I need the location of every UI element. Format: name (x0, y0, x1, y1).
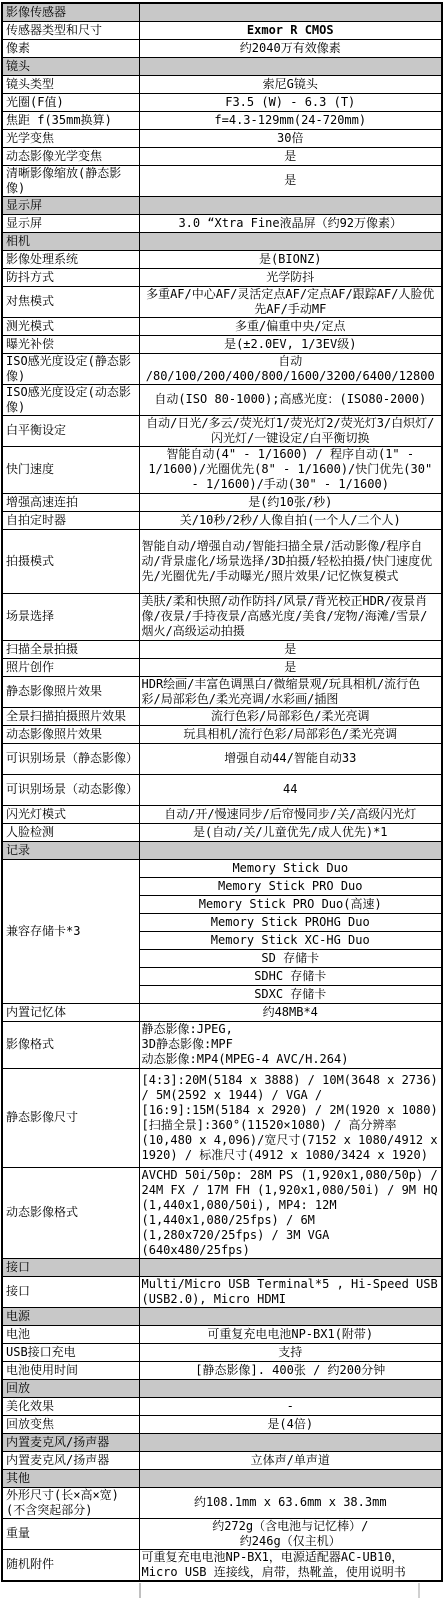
spec-row: 随机附件可重复充电电池NP-BX1，电源适配器AC-UB10，Micro USB… (2, 1549, 442, 1581)
section-header: 相机 (2, 232, 139, 250)
spec-value: SD 存储卡 (139, 949, 442, 967)
spec-label: 光学变焦 (2, 129, 139, 147)
spec-value: 是(4倍) (139, 1415, 442, 1433)
spec-label: 可识别场景（静态影像） (2, 743, 139, 774)
spec-value: F3.5 (W) - 6.3 (T) (139, 93, 442, 111)
spec-value: 约2040万有效像素 (139, 39, 442, 57)
spec-label: 影像格式 (2, 1021, 139, 1068)
spec-row: 美化效果- (2, 1397, 442, 1415)
spec-value: 是 (139, 165, 442, 196)
spec-label: 随机附件 (2, 1549, 139, 1581)
spec-value: Exmor R CMOS (139, 21, 442, 39)
spec-label: 像素 (2, 39, 139, 57)
spec-value: 可重复充电电池NP-BX1，电源适配器AC-UB10，Micro USB 连接线… (139, 1549, 442, 1581)
spec-value: 智能自动/增强自动/智能扫描全景/活动影像/程序自动/背景虚化/场景选择/3D拍… (139, 529, 442, 593)
spec-row: 对焦模式多重AF/中心AF/灵活定点AF/定点AF/跟踪AF/人脸优先AF/手动… (2, 286, 442, 317)
spec-label: 增强高速连拍 (2, 493, 139, 511)
spec-value: 约48MB*4 (139, 1003, 442, 1021)
section-header-spacer (139, 57, 442, 75)
camera-spec-page: 影像传感器传感器类型和尺寸Exmor R CMOS像素约2040万有效像素镜头镜… (0, 0, 445, 1600)
spec-row: 内置麦克风/扬声器立体声/单声道 (2, 1451, 442, 1469)
spec-label: 可识别场景（动态影像） (2, 774, 139, 805)
spec-value: [4:3]:20M(5184 x 3888) / 10M(3648 x 2736… (139, 1068, 442, 1167)
spec-label: 显示屏 (2, 214, 139, 232)
spec-value: 多重/偏重中央/定点 (139, 317, 442, 335)
spec-value: 是 (139, 640, 442, 658)
spec-group-row: 兼容存储卡*3Memory Stick Duo (2, 859, 442, 877)
spec-row: 人脸检测是(自动/关/儿童优先/成人优先)*1 (2, 823, 442, 841)
spec-row: 曝光补偿是(±2.0EV, 1/3EV级) (2, 335, 442, 353)
spec-value: Multi/Micro USB Terminal*5 , Hi-Speed US… (139, 1276, 442, 1307)
spec-value: 多重AF/中心AF/灵活定点AF/定点AF/跟踪AF/人脸优先AF/手动MF (139, 286, 442, 317)
spec-row: 重量约272g（含电池与记忆棒）/ 约246g（仅主机） (2, 1518, 442, 1549)
spec-value: HDR绘画/丰富色调黑白/微缩景观/玩具相机/流行色彩/局部彩色/柔光亮调/水彩… (139, 676, 442, 707)
spec-label: 静态影像照片效果 (2, 676, 139, 707)
section-header: 影像传感器 (2, 3, 139, 21)
spec-value: 44 (139, 774, 442, 805)
spec-value: Memory Stick PRO Duo(高速) (139, 895, 442, 913)
spec-row: 快门速度智能自动(4" - 1/1600) / 程序自动(1" - 1/1600… (2, 446, 442, 493)
spec-value: 立体声/单声道 (139, 1451, 442, 1469)
spec-label: 光圈(F值) (2, 93, 139, 111)
spec-value: 自动/日光/多云/荧光灯1/荧光灯2/荧光灯3/白炽灯/闪光灯/一键设定/白平衡… (139, 415, 442, 446)
spec-row: 外形尺寸(长×高×宽)(不含突起部分)约108.1mm x 63.6mm x 3… (2, 1487, 442, 1518)
spec-row: 电池使用时间[静态影像]. 400张 / 约200分钟 (2, 1361, 442, 1379)
camera-spec-table: 影像传感器传感器类型和尺寸Exmor R CMOS像素约2040万有效像素镜头镜… (1, 2, 443, 1582)
spec-row: 闪光灯模式自动/开/慢速同步/后帘慢同步/关/高级闪光灯 (2, 805, 442, 823)
spec-label: 动态影像照片效果 (2, 725, 139, 743)
section-header: 记录 (2, 841, 139, 859)
spec-label: USB接口充电 (2, 1343, 139, 1361)
spec-row: 传感器类型和尺寸Exmor R CMOS (2, 21, 442, 39)
spec-value: 是(自动/关/儿童优先/成人优先)*1 (139, 823, 442, 841)
spec-value: Memory Stick XC-HG Duo (139, 931, 442, 949)
spec-row: ISO感光度设定(静态影像)自动 /80/100/200/400/800/160… (2, 353, 442, 384)
spec-value: 美肤/柔和快照/动作防抖/风景/背光校正HDR/夜景肖像/夜景/手持夜景/高感光… (139, 593, 442, 640)
spec-value: - (139, 1397, 442, 1415)
section-row: 内置麦克风/扬声器 (2, 1433, 442, 1451)
spec-row: 动态影像格式AVCHD 50i/50p: 28M PS (1,920x1,080… (2, 1167, 442, 1258)
spec-label: 传感器类型和尺寸 (2, 21, 139, 39)
spec-row: 光学变焦30倍 (2, 129, 442, 147)
spec-label: 内置麦克风/扬声器 (2, 1451, 139, 1469)
spec-label: 重量 (2, 1518, 139, 1549)
spec-row: 可识别场景（静态影像）增强自动44/智能自动33 (2, 743, 442, 774)
spec-label: 内置记忆体 (2, 1003, 139, 1021)
spec-row: 接口Multi/Micro USB Terminal*5 , Hi-Speed … (2, 1276, 442, 1307)
section-header: 电源 (2, 1307, 139, 1325)
spec-label: 镜头类型 (2, 75, 139, 93)
section-row: 回放 (2, 1379, 442, 1397)
spec-table-body: 影像传感器传感器类型和尺寸Exmor R CMOS像素约2040万有效像素镜头镜… (2, 3, 442, 1581)
section-header-spacer (139, 3, 442, 21)
spec-label: ISO感光度设定(静态影像) (2, 353, 139, 384)
section-header-spacer (139, 232, 442, 250)
spec-value: 增强自动44/智能自动33 (139, 743, 442, 774)
spec-row: 光圈(F值)F3.5 (W) - 6.3 (T) (2, 93, 442, 111)
spec-label: 静态影像尺寸 (2, 1068, 139, 1167)
spec-label: 接口 (2, 1276, 139, 1307)
section-header-spacer (139, 1379, 442, 1397)
spec-row: 静态影像照片效果HDR绘画/丰富色调黑白/微缩景观/玩具相机/流行色彩/局部彩色… (2, 676, 442, 707)
spec-value: 自动(ISO 80-1000);高感光度：(ISO80-2000) (139, 384, 442, 415)
spec-value: 是 (139, 147, 442, 165)
section-header-spacer (139, 1307, 442, 1325)
section-header-spacer (139, 1258, 442, 1276)
section-header-spacer (139, 1469, 442, 1487)
spec-value: Memory Stick PROHG Duo (139, 913, 442, 931)
section-row: 接口 (2, 1258, 442, 1276)
section-row: 相机 (2, 232, 442, 250)
spec-value: 智能自动(4" - 1/1600) / 程序自动(1" - 1/1600)/光圈… (139, 446, 442, 493)
spec-row: 动态影像光学变焦是 (2, 147, 442, 165)
spec-label: 美化效果 (2, 1397, 139, 1415)
spec-value: 静态影像:JPEG, 3D静态影像:MPF 动态影像:MP4(MPEG-4 AV… (139, 1021, 442, 1068)
spec-row: 内置记忆体约48MB*4 (2, 1003, 442, 1021)
spec-value: Memory Stick PRO Duo (139, 877, 442, 895)
spec-label: 人脸检测 (2, 823, 139, 841)
spec-row: 全景扫描拍摄照片效果流行色彩/局部彩色/柔光亮调 (2, 707, 442, 725)
spec-value: SDHC 存储卡 (139, 967, 442, 985)
spec-row: 自拍定时器关/10秒/2秒/人像自拍(一个人/二个人) (2, 511, 442, 529)
spec-label: 拍摄模式 (2, 529, 139, 593)
spec-label: 影像处理系统 (2, 250, 139, 268)
spec-label: 快门速度 (2, 446, 139, 493)
spec-value: AVCHD 50i/50p: 28M PS (1,920x1,080/50p) … (139, 1167, 442, 1258)
spec-row: 镜头类型索尼G镜头 (2, 75, 442, 93)
spec-row: 影像处理系统是(BIONZ) (2, 250, 442, 268)
spec-value: 可重复充电电池NP-BX1(附带) (139, 1325, 442, 1343)
spec-value: f=4.3-129mm(24-720mm) (139, 111, 442, 129)
spec-label: 照片创作 (2, 658, 139, 676)
section-header: 内置麦克风/扬声器 (2, 1433, 139, 1451)
section-row: 电源 (2, 1307, 442, 1325)
spec-value: 流行色彩/局部彩色/柔光亮调 (139, 707, 442, 725)
spec-value: 是(±2.0EV, 1/3EV级) (139, 335, 442, 353)
spec-value: 是 (139, 658, 442, 676)
spec-value: 光学防抖 (139, 268, 442, 286)
spec-value: 自动/开/慢速同步/后帘慢同步/关/高级闪光灯 (139, 805, 442, 823)
section-header: 回放 (2, 1379, 139, 1397)
section-header: 其他 (2, 1469, 139, 1487)
section-row: 记录 (2, 841, 442, 859)
spec-value: 约272g（含电池与记忆棒）/ 约246g（仅主机） (139, 1518, 442, 1549)
spec-label: 动态影像光学变焦 (2, 147, 139, 165)
spec-label: 电池 (2, 1325, 139, 1343)
spec-label: 防抖方式 (2, 268, 139, 286)
spec-row: USB接口充电支持 (2, 1343, 442, 1361)
spec-row: 焦距 f(35mm换算)f=4.3-129mm(24-720mm) (2, 111, 442, 129)
spec-label: 兼容存储卡*3 (2, 859, 139, 1003)
spec-value: 是(约10张/秒) (139, 493, 442, 511)
spec-row: 测光模式多重/偏重中央/定点 (2, 317, 442, 335)
spec-label: 白平衡设定 (2, 415, 139, 446)
spec-label: 扫描全景拍摄 (2, 640, 139, 658)
section-header-spacer (139, 196, 442, 214)
section-row: 镜头 (2, 57, 442, 75)
spec-label: 动态影像格式 (2, 1167, 139, 1258)
spec-label: 外形尺寸(长×高×宽)(不含突起部分) (2, 1487, 139, 1518)
spec-row: 像素约2040万有效像素 (2, 39, 442, 57)
spec-row: 扫描全景拍摄是 (2, 640, 442, 658)
spec-label: 回放变焦 (2, 1415, 139, 1433)
spec-label: 对焦模式 (2, 286, 139, 317)
spec-row: 白平衡设定自动/日光/多云/荧光灯1/荧光灯2/荧光灯3/白炽灯/闪光灯/一键设… (2, 415, 442, 446)
spec-row: 照片创作是 (2, 658, 442, 676)
spec-row: 增强高速连拍是(约10张/秒) (2, 493, 442, 511)
section-row: 影像传感器 (2, 3, 442, 21)
spec-row: 电池可重复充电电池NP-BX1(附带) (2, 1325, 442, 1343)
spec-label: ISO感光度设定(动态影像) (2, 384, 139, 415)
spec-row: 动态影像照片效果玩具相机/流行色彩/局部彩色/柔光亮调 (2, 725, 442, 743)
section-header: 显示屏 (2, 196, 139, 214)
spec-label: 场景选择 (2, 593, 139, 640)
spec-label: 自拍定时器 (2, 511, 139, 529)
spec-label: 电池使用时间 (2, 1361, 139, 1379)
spec-label: 曝光补偿 (2, 335, 139, 353)
spec-value: 是(BIONZ) (139, 250, 442, 268)
table-continuation-stub (1, 1582, 443, 1600)
spec-value: 玩具相机/流行色彩/局部彩色/柔光亮调 (139, 725, 442, 743)
spec-row: 影像格式静态影像:JPEG, 3D静态影像:MPF 动态影像:MP4(MPEG-… (2, 1021, 442, 1068)
spec-row: 回放变焦是(4倍) (2, 1415, 442, 1433)
section-header-spacer (139, 841, 442, 859)
spec-value: 3.0 “Xtra Fine液晶屏（约92万像素） (139, 214, 442, 232)
spec-label: 全景扫描拍摄照片效果 (2, 707, 139, 725)
section-header-spacer (139, 1433, 442, 1451)
section-header: 镜头 (2, 57, 139, 75)
spec-row: 清晰影像缩放(静态影像)是 (2, 165, 442, 196)
spec-value: SDXC 存储卡 (139, 985, 442, 1003)
spec-value: [静态影像]. 400张 / 约200分钟 (139, 1361, 442, 1379)
spec-row: 拍摄模式智能自动/增强自动/智能扫描全景/活动影像/程序自动/背景虚化/场景选择… (2, 529, 442, 593)
spec-label: 清晰影像缩放(静态影像) (2, 165, 139, 196)
spec-row: 显示屏3.0 “Xtra Fine液晶屏（约92万像素） (2, 214, 442, 232)
spec-value: 30倍 (139, 129, 442, 147)
spec-label: 闪光灯模式 (2, 805, 139, 823)
spec-label: 焦距 f(35mm换算) (2, 111, 139, 129)
spec-row: 可识别场景（动态影像）44 (2, 774, 442, 805)
spec-row: ISO感光度设定(动态影像)自动(ISO 80-1000);高感光度：(ISO8… (2, 384, 442, 415)
spec-row: 场景选择美肤/柔和快照/动作防抖/风景/背光校正HDR/夜景肖像/夜景/手持夜景… (2, 593, 442, 640)
spec-row: 防抖方式光学防抖 (2, 268, 442, 286)
section-row: 显示屏 (2, 196, 442, 214)
section-header: 接口 (2, 1258, 139, 1276)
spec-value: 自动 /80/100/200/400/800/1600/3200/6400/12… (139, 353, 442, 384)
spec-value: 约108.1mm x 63.6mm x 38.3mm (139, 1487, 442, 1518)
spec-value: 关/10秒/2秒/人像自拍(一个人/二个人) (139, 511, 442, 529)
spec-label: 测光模式 (2, 317, 139, 335)
spec-value: 支持 (139, 1343, 442, 1361)
section-row: 其他 (2, 1469, 442, 1487)
spec-value: 索尼G镜头 (139, 75, 442, 93)
spec-row: 静态影像尺寸[4:3]:20M(5184 x 3888) / 10M(3648 … (2, 1068, 442, 1167)
spec-value: Memory Stick Duo (139, 859, 442, 877)
